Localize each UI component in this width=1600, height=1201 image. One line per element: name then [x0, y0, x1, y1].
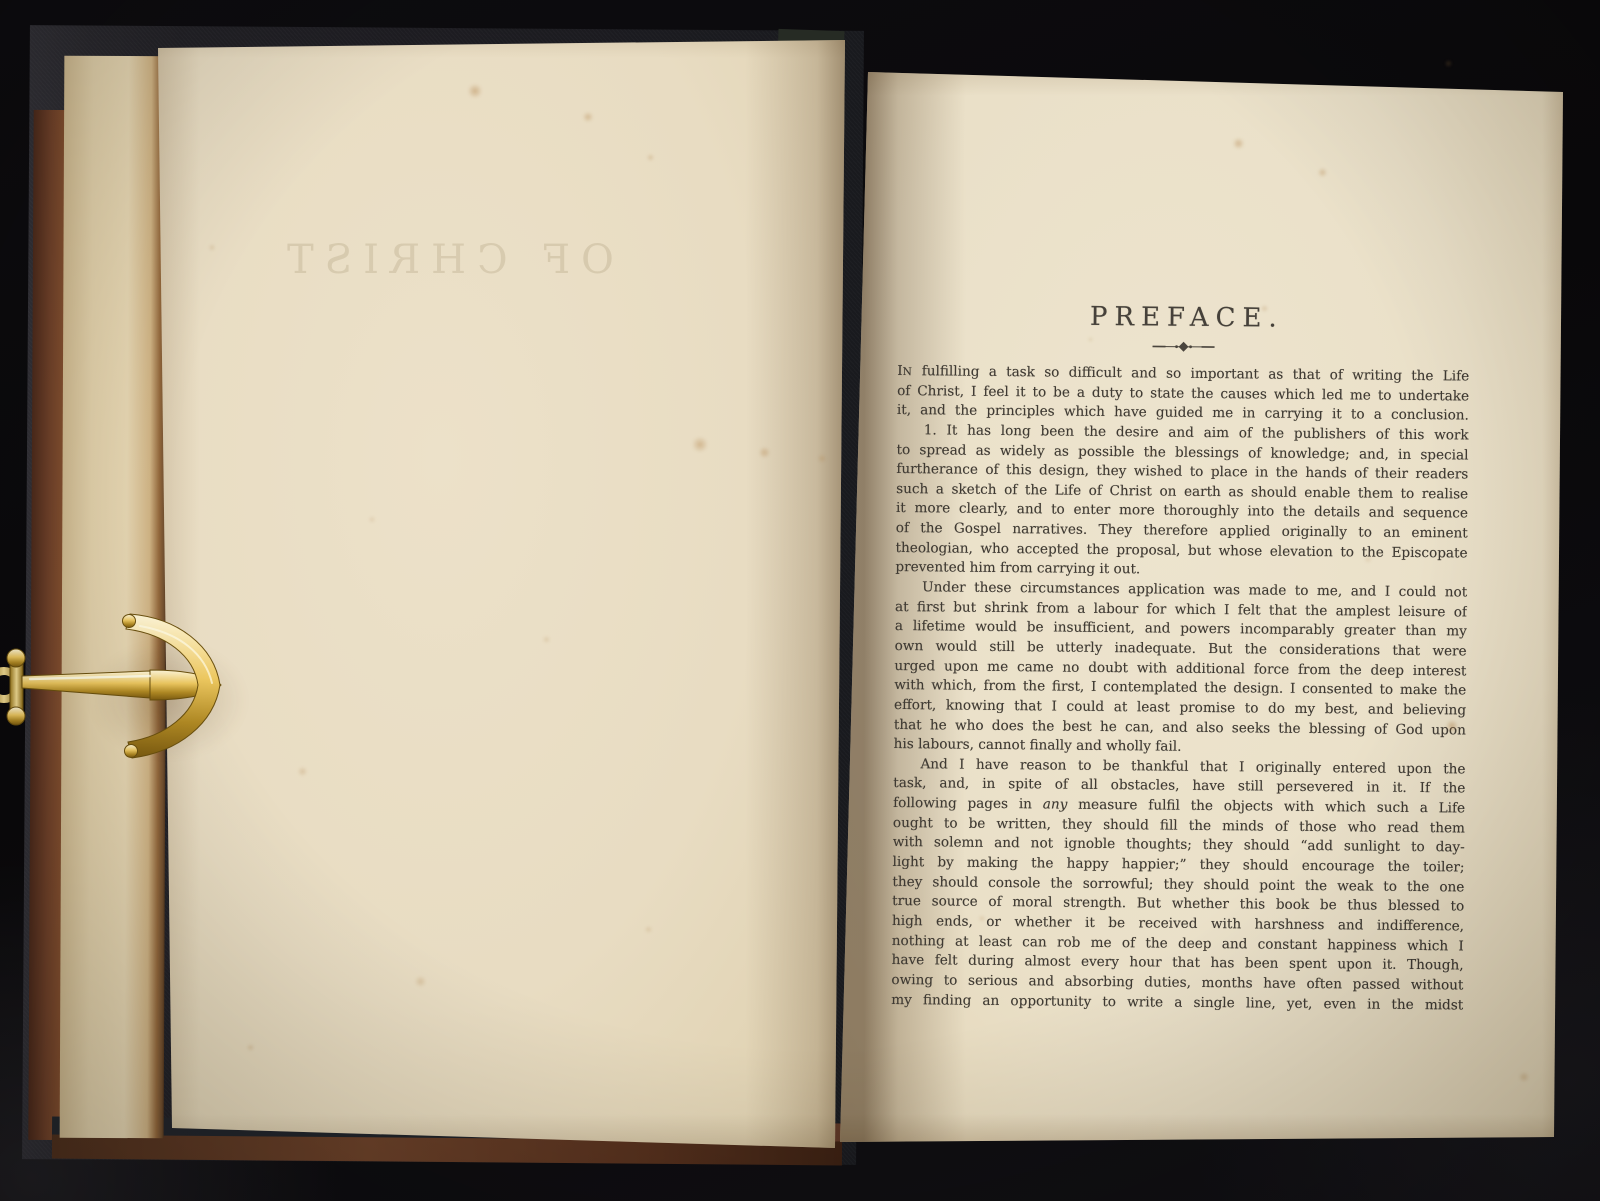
preface-paragraph: Under these circumstances application wa…: [894, 578, 1468, 760]
preface-body: IN fulfilling a task so difficult and so…: [891, 362, 1469, 1016]
page-title: PREFACE.: [898, 298, 1470, 341]
left-page: OF CHRIST: [140, 28, 855, 1160]
title-ornament: [1151, 340, 1215, 353]
brass-anchor-clasp-icon: [0, 588, 240, 788]
preface-text-block: PREFACE. IN fulfilling a task so difficu…: [891, 298, 1470, 1016]
book-photograph: OF CHRIST PREFACE. IN fulfilling a task …: [0, 0, 1600, 1201]
preface-paragraph: IN fulfilling a task so difficult and so…: [897, 362, 1470, 426]
right-page: PREFACE. IN fulfilling a task so difficu…: [836, 62, 1568, 1154]
preface-paragraph: And I have reason to be thankful that I …: [891, 755, 1465, 1016]
preface-paragraph: 1. It has long been the desire and aim o…: [895, 421, 1468, 584]
left-page-gutter-shadow: [140, 28, 855, 1160]
